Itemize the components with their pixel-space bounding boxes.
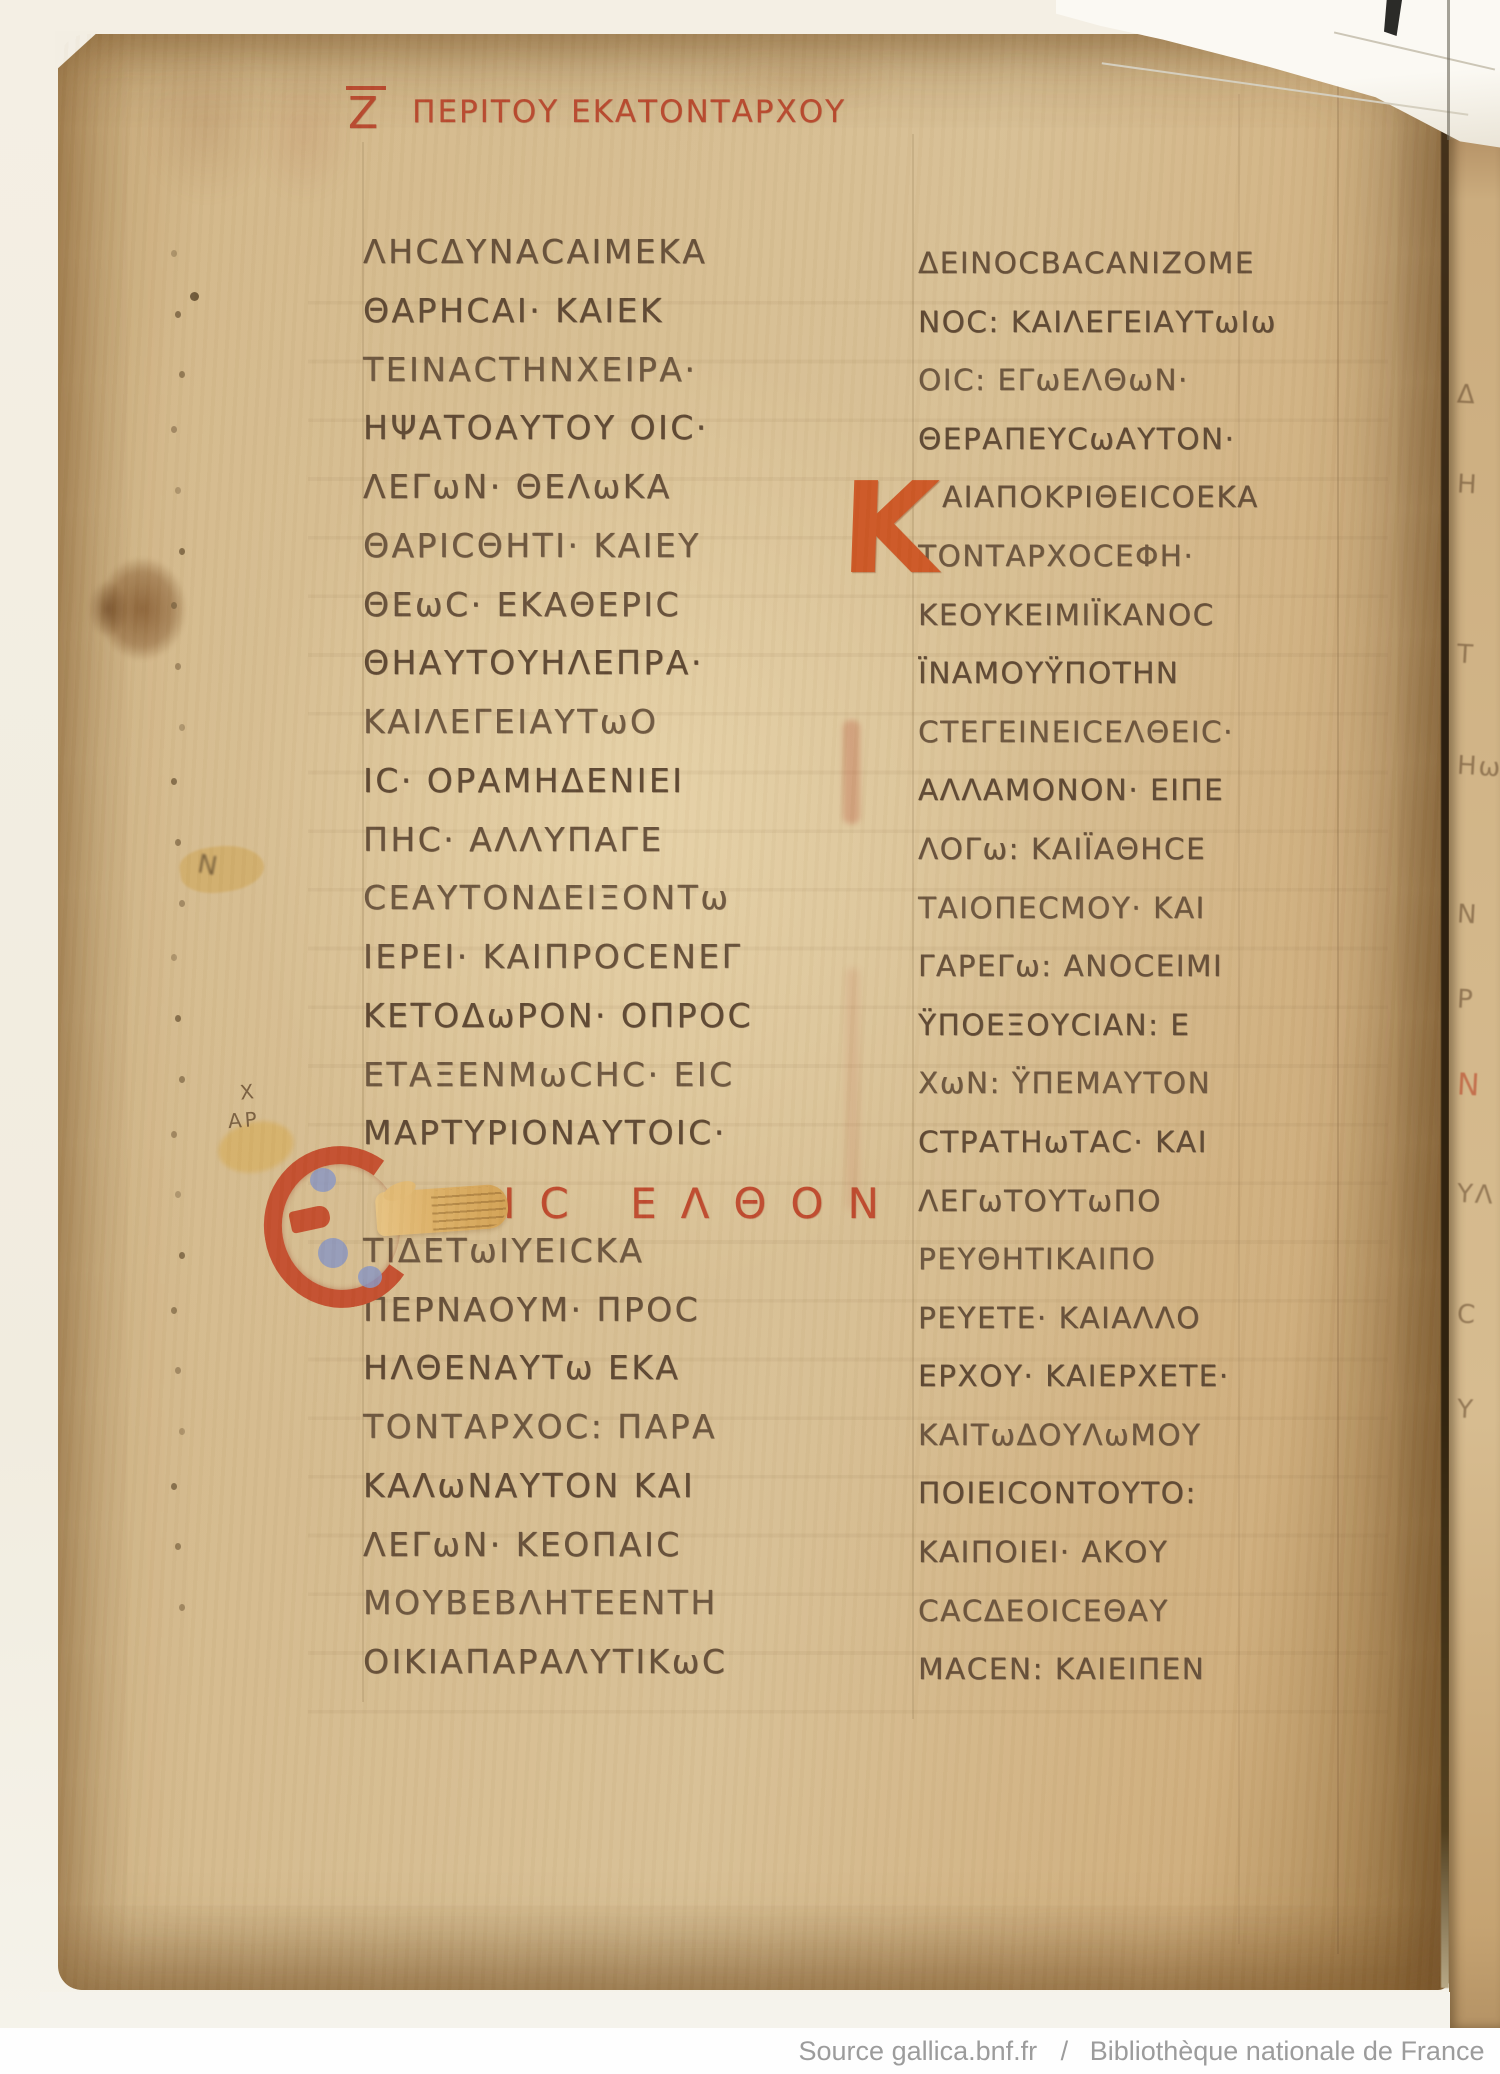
pricking-dot	[171, 1131, 177, 1138]
pricking-dot	[171, 250, 177, 257]
parchment-page: ΖΠΕΡΙΤΟΥ ΕΚΑΤΟΝΤΑΡΧΟΥ Ν Χ ΑΡ ΛΗCΔΥΝΑCΑΙΜ…	[58, 34, 1450, 1990]
manuscript-line: ΑΙΑΠΟΚΡΙΘΕΙCΟΕΚΑ	[918, 468, 1277, 527]
manuscript-line: CΤΡΑΤΗωΤΑC· ΚΑΙ	[918, 1113, 1277, 1172]
manuscript-line: ΛΕΓωΝ· ΘΕΛωΚΑ	[363, 458, 903, 517]
facing-page-text-fragment: Ν	[1456, 1067, 1482, 1103]
book-gutter-fold	[1441, 26, 1449, 1988]
manuscript-line: ΔΕΙΝΟCΒΑCΑΝΙΖΟΜΕ	[918, 234, 1277, 293]
manuscript-line: ΚΕΟΥΚΕΙΜΙΪΚΑΝΟC	[918, 586, 1277, 645]
page-stack-shadow	[1447, 0, 1450, 140]
manuscript-line: CΑCΔΕΟΙCΕΘΑΥ	[918, 1582, 1277, 1641]
pricking-dot	[171, 426, 177, 433]
bleedthrough-ghost	[254, 70, 354, 200]
facing-page-text-fragment: Η	[1456, 469, 1479, 500]
manuscript-line: ΫΠΟΕΞΟΥCΙΑΝ: Ε	[918, 996, 1277, 1055]
manuscript-line: ΗΨΑΤΟΑΥΤΟΥ ΟΙC·	[363, 399, 903, 458]
page-crease	[1337, 74, 1339, 1954]
manuscript-line: ΤΕΙΝΑCΤΗΝΧΕΙΡΑ·	[363, 341, 903, 400]
marginal-smudge: Ν	[177, 840, 267, 897]
pricking-dot	[175, 1367, 181, 1374]
manuscript-line: ΤΟΝΤΑΡΧΟC: ΠΑΡΑ	[363, 1398, 903, 1457]
pricking-dot	[175, 839, 181, 846]
manuscript-line: ΘΕΡΑΠΕΥCωΑΥΤΟΝ·	[918, 410, 1277, 469]
pricking-dot	[171, 1483, 177, 1490]
pricking-dot	[179, 1428, 185, 1435]
manuscript-line: ΚΑΙΛΕΓΕΙΑΥΤωΟ	[363, 693, 903, 752]
manuscript-line: ΪΝΑΜΟΥΫΠΟΤΗΝ	[918, 644, 1277, 703]
manuscript-line: ΡΕΥΘΗΤΙΚΑΙΠΟ	[918, 1230, 1277, 1289]
pricking-dot	[175, 1015, 181, 1022]
manuscript-line: CΕΑΥΤΟΝΔΕΙΞΟΝΤω	[363, 869, 903, 928]
manuscript-line: ΠΗC· ΑΛΛΥΠΑΓΕ	[363, 811, 903, 870]
decorated-initial-epsilon	[264, 1142, 564, 1302]
manuscript-line: ΙΕΡΕΙ· ΚΑΙΠΡΟCΕΝΕΓ	[363, 928, 903, 987]
blue-dot-ornament	[310, 1168, 336, 1192]
ruling-line	[912, 134, 914, 1719]
manuscript-line: ΜΑCΕΝ: ΚΑΙΕΙΠΕΝ	[918, 1640, 1277, 1699]
manuscript-line: ΠΟΙΕΙCΟΝΤΟΥΤΟ:	[918, 1464, 1277, 1523]
manuscript-line: ΟΙΚΙΑΠΑΡΑΛΥΤΙΚωC	[363, 1633, 903, 1692]
manuscript-line: ΘΕωC· ΕΚΑΘΕΡΙC	[363, 576, 903, 635]
facing-page-edge: ΔΗΤΗωΝΡΝΥΛCΥ	[1449, 0, 1500, 2028]
manuscript-line: ΛΕΓωΤΟΥΤωΠΟ	[918, 1172, 1277, 1231]
manuscript-line: ΤΟΝΤΑΡΧΟCΕΦΗ·	[918, 527, 1277, 586]
pricking-dot	[171, 602, 177, 609]
manuscript-line: ΕΤΑΞΕΝΜωCΗC· ΕΙC	[363, 1046, 903, 1105]
manuscript-line: ΧωΝ: ΫΠΕΜΑΥΤΟΝ	[918, 1054, 1277, 1113]
manuscript-line: ΚΑΙΠΟΙΕΙ· ΑΚΟΥ	[918, 1523, 1277, 1582]
marginal-note: Ν	[195, 849, 227, 883]
manuscript-line: ΓΑΡΕΓω: ΑΝΟCΕΙΜΙ	[918, 937, 1277, 996]
manuscript-line: ΜΟΥΒΕΒΛΗΤΕΕΝΤΗ	[363, 1574, 903, 1633]
flyleaf-bottom-edge	[40, 1992, 1450, 2028]
manuscript-line: ΗΛΘΕΝΑΥΤω ΕΚΑ	[363, 1339, 903, 1398]
facing-page-text-fragment: Ρ	[1456, 985, 1475, 1016]
pricking-dot	[175, 1191, 181, 1198]
pricking-dot	[179, 548, 185, 555]
pricking-dot	[179, 900, 185, 907]
marginal-note: ΑΡ	[227, 1107, 260, 1133]
facing-page-text-fragment: Υ	[1456, 1395, 1475, 1426]
chapter-heading: ΖΠΕΡΙΤΟΥ ΕΚΑΤΟΝΤΑΡΧΟΥ	[346, 88, 846, 138]
manuscript-line: ΝΟC: ΚΑΙΛΕΓΕΙΑΥΤωΙω	[918, 293, 1277, 352]
bleedthrough-ghost	[142, 52, 272, 202]
manuscript-line: ΙC· ΟΡΑΜΗΔΕΝΙΕΙ	[363, 752, 903, 811]
facing-page-text-fragment: ΥΛ	[1456, 1179, 1495, 1211]
pricking-dot	[175, 311, 181, 318]
pricking-dot	[179, 724, 185, 731]
rubric-initial-kappa: Κ	[839, 466, 941, 592]
chapter-title: ΠΕΡΙΤΟΥ ΕΚΑΤΟΝΤΑΡΧΟΥ	[412, 94, 846, 130]
manuscript-line: ΘΑΡΙCΘΗΤΙ· ΚΑΙΕΥ	[363, 517, 903, 576]
manuscript-line: ΡΕΥΕΤΕ· ΚΑΙΑΛΛΟ	[918, 1289, 1277, 1348]
marginal-note: Χ	[239, 1079, 255, 1104]
pricking-dot	[171, 954, 177, 961]
manuscript-line: ΘΗΑΥΤΟΥΗΛΕΠΡΑ·	[363, 634, 903, 693]
pricking-dot	[179, 371, 185, 378]
attribution-institution: Bibliothèque nationale de France	[1090, 2036, 1485, 2066]
brown-stain	[84, 542, 200, 676]
manuscript-line: ΚΑΙΤωΔΟΥΛωΜΟΥ	[918, 1406, 1277, 1465]
page-corner-cut	[55, 31, 99, 71]
manuscript-line: CΤΕΓΕΙΝΕΙCΕΛΘΕΙC·	[918, 703, 1277, 762]
attribution-source: Source gallica.bnf.fr	[799, 2036, 1038, 2066]
pricking-dot	[179, 1604, 185, 1611]
manuscript-line: ΤΑΙΟΠΕCΜΟΥ· ΚΑΙ	[918, 879, 1277, 938]
facing-page-text-fragment: C	[1456, 1299, 1478, 1330]
text-column-left: ΛΗCΔΥΝΑCΑΙΜΕΚΑΘΑΡΗCΑΙ· ΚΑΙΕΚΤΕΙΝΑCΤΗΝΧΕΙ…	[363, 223, 903, 1692]
facing-page-text-fragment: Ν	[1456, 899, 1479, 930]
blue-dot-ornament	[358, 1266, 382, 1288]
facing-page-text-fragment: Ηω	[1456, 751, 1500, 783]
text-column-right: ΔΕΙΝΟCΒΑCΑΝΙΖΟΜΕΝΟC: ΚΑΙΛΕΓΕΙΑΥΤωΙωΟΙC: …	[918, 234, 1277, 1699]
attribution-separator: /	[1061, 2036, 1069, 2066]
manuscript-line: ΛΟΓω: ΚΑΙΪΑΘΗCΕ	[918, 820, 1277, 879]
manuscript-line: ΛΕΓωΝ· ΚΕΟΠΑΙC	[363, 1516, 903, 1575]
pricking-dot	[190, 292, 199, 301]
manuscript-line: ΕΡΧΟΥ· ΚΑΙΕΡΧΕΤΕ·	[918, 1347, 1277, 1406]
digitized-page-photo: ΖΠΕΡΙΤΟΥ ΕΚΑΤΟΝΤΑΡΧΟΥ Ν Χ ΑΡ ΛΗCΔΥΝΑCΑΙΜ…	[0, 0, 1500, 2028]
manuscript-line: ΘΑΡΗCΑΙ· ΚΑΙΕΚ	[363, 282, 903, 341]
chapter-number: Ζ	[346, 86, 386, 136]
manuscript-line: ΟΙC: ΕΓωΕΛΘωΝ·	[918, 351, 1277, 410]
pricking-dot	[175, 1543, 181, 1550]
pricking-dot	[179, 1076, 185, 1083]
facing-page-text-fragment: Τ	[1456, 640, 1475, 671]
pricking-dot	[171, 778, 177, 785]
attribution-bar: Source gallica.bnf.fr / Bibliothèque nat…	[0, 2028, 1500, 2074]
manuscript-line: ΑΛΛΑΜΟΝΟΝ· ΕΙΠΕ	[918, 761, 1277, 820]
pricking-dot	[179, 1252, 185, 1259]
pricking-dot	[175, 663, 181, 670]
pricking-dot	[175, 487, 181, 494]
hand-ornament	[375, 1183, 510, 1236]
manuscript-line: ΚΑΛωΝΑΥΤΟΝ ΚΑΙ	[363, 1457, 903, 1516]
manuscript-line: ΛΗCΔΥΝΑCΑΙΜΕΚΑ	[363, 223, 903, 282]
facing-page-text-fragment: Δ	[1456, 380, 1477, 411]
blue-dot-ornament	[318, 1238, 348, 1268]
pricking-dot	[171, 1307, 177, 1314]
manuscript-line: ΚΕΤΟΔωΡΟΝ· ΟΠΡΟC	[363, 987, 903, 1046]
